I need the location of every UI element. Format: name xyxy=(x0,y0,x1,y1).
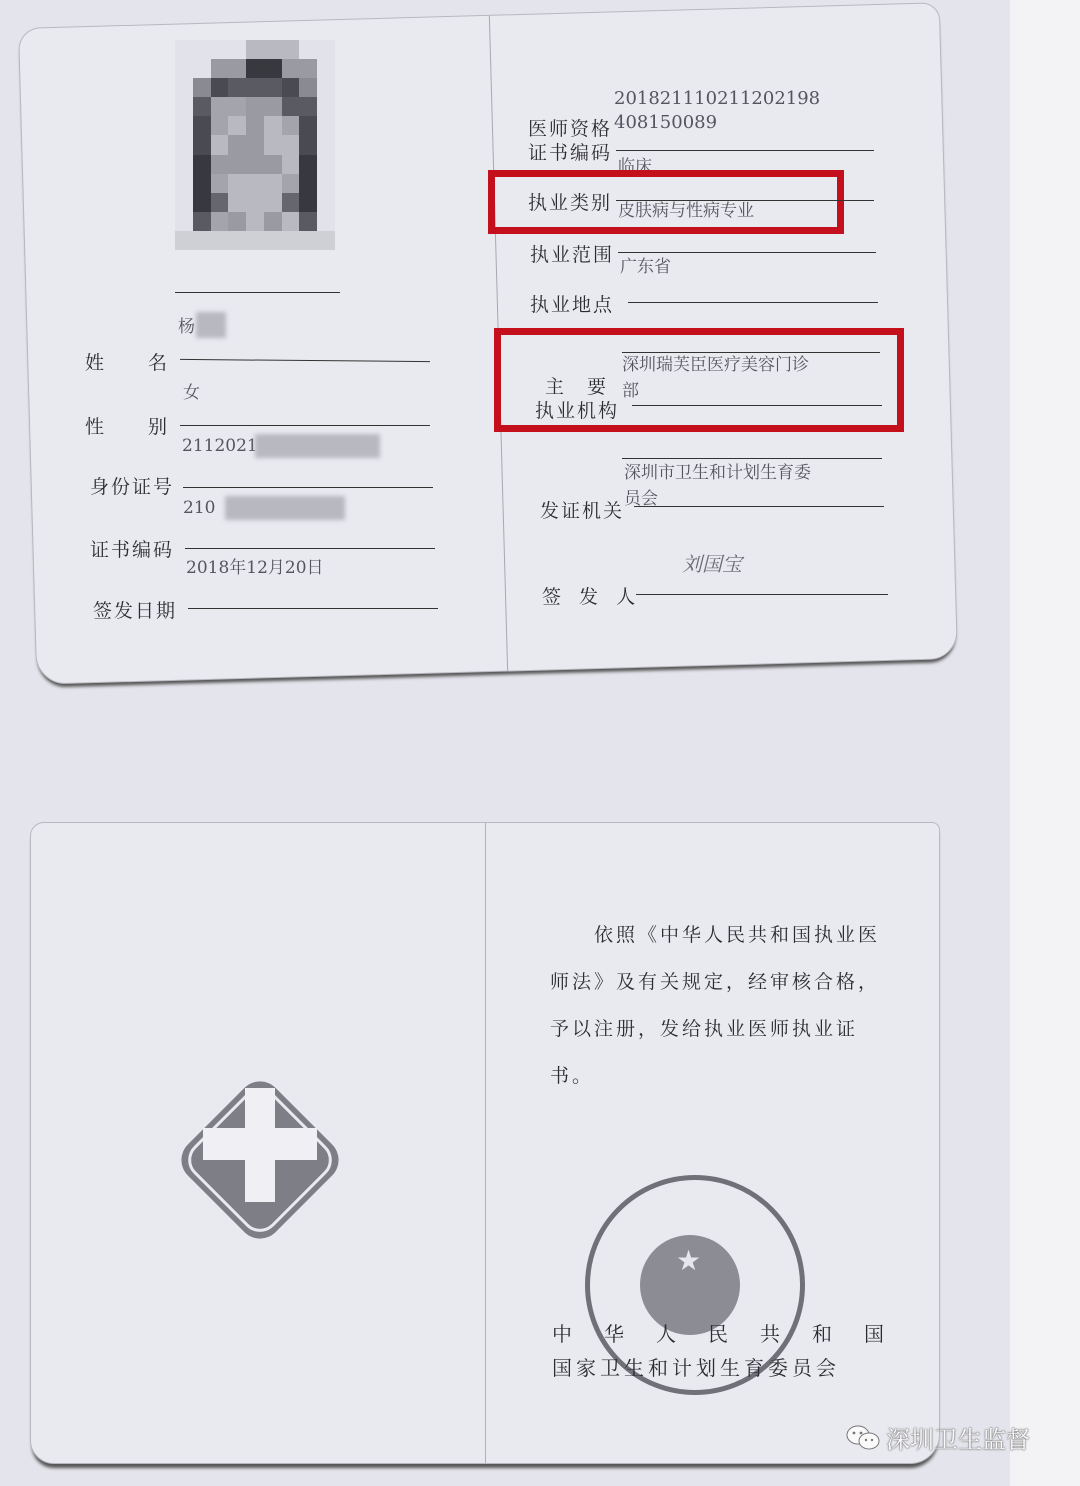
certification-paragraph: 依照《中华人民共和国执业医师法》及有关规定，经审核合格，予以注册，发给执业医师执… xyxy=(550,912,880,1100)
watermark-text: 深圳卫生监督 xyxy=(886,1420,1030,1455)
issuing-authority-value-line1: 深圳市卫生和计划生育委 xyxy=(624,458,811,483)
qualification-number: 408150089 xyxy=(614,112,717,133)
rule xyxy=(634,506,884,507)
fold-line xyxy=(485,823,486,1463)
cert-number-label: 证书编码 xyxy=(90,535,174,562)
rule xyxy=(183,487,433,488)
wechat-icon xyxy=(846,1424,880,1452)
name-value: 杨 xyxy=(178,312,195,337)
signature: 刘国宝 xyxy=(682,548,742,577)
issue-date-label: 签发日期 xyxy=(93,596,177,623)
scanned-paper: 杨 姓 名 女 性 别 2112021 身份证号 210 证书编码 2018年1… xyxy=(0,0,1012,1486)
redaction xyxy=(196,312,226,338)
background-margin xyxy=(1010,0,1080,1486)
pixelated-portrait-photo xyxy=(175,40,335,250)
issue-date-value: 2018年12月20日 xyxy=(186,553,324,578)
name-label: 姓 名 xyxy=(85,348,169,375)
gender-value: 女 xyxy=(183,378,200,403)
institution-label-line2: 执业机构 xyxy=(535,396,619,423)
practice-category-label: 执业类别 xyxy=(528,188,612,215)
rule xyxy=(636,594,888,595)
footer-commission: 国家卫生和计划生育委员会 xyxy=(552,1352,840,1381)
practice-scope-label: 执业范围 xyxy=(530,240,614,267)
rule xyxy=(616,150,874,151)
redaction xyxy=(225,496,345,520)
issuing-authority-label: 发证机关 xyxy=(540,496,624,523)
rule xyxy=(628,302,878,303)
id-number-label: 身份证号 xyxy=(90,472,174,499)
rule xyxy=(616,200,874,201)
institution-value-line2: 部 xyxy=(622,376,639,401)
cert-number-value: 210 xyxy=(183,498,215,518)
id-number-value: 2112021 xyxy=(182,436,258,456)
qualification-label-line2: 证书编码 xyxy=(528,138,612,165)
star-icon: ★ xyxy=(676,1244,701,1277)
gender-label: 性 别 xyxy=(85,412,169,439)
practice-location-value: 广东省 xyxy=(620,252,671,277)
rule xyxy=(632,405,882,406)
rule xyxy=(180,425,430,426)
signer-label: 签 发 人 xyxy=(542,582,641,609)
footer-country: 中华人民共和国 xyxy=(552,1318,916,1347)
rule xyxy=(188,608,438,609)
registration-number: 201821110211202198 xyxy=(614,88,820,109)
red-cross-emblem-icon xyxy=(160,1060,360,1260)
practice-location-label: 执业地点 xyxy=(530,290,614,317)
institution-value-line1: 深圳瑞芙臣医疗美容门诊 xyxy=(622,350,809,375)
qualification-label: 医师资格 xyxy=(528,114,612,141)
institution-label-line1: 主 要 xyxy=(545,372,608,399)
rule xyxy=(185,548,435,549)
photo-underline xyxy=(175,292,340,293)
watermark: 深圳卫生监督 xyxy=(846,1420,1030,1455)
redaction xyxy=(255,434,380,458)
